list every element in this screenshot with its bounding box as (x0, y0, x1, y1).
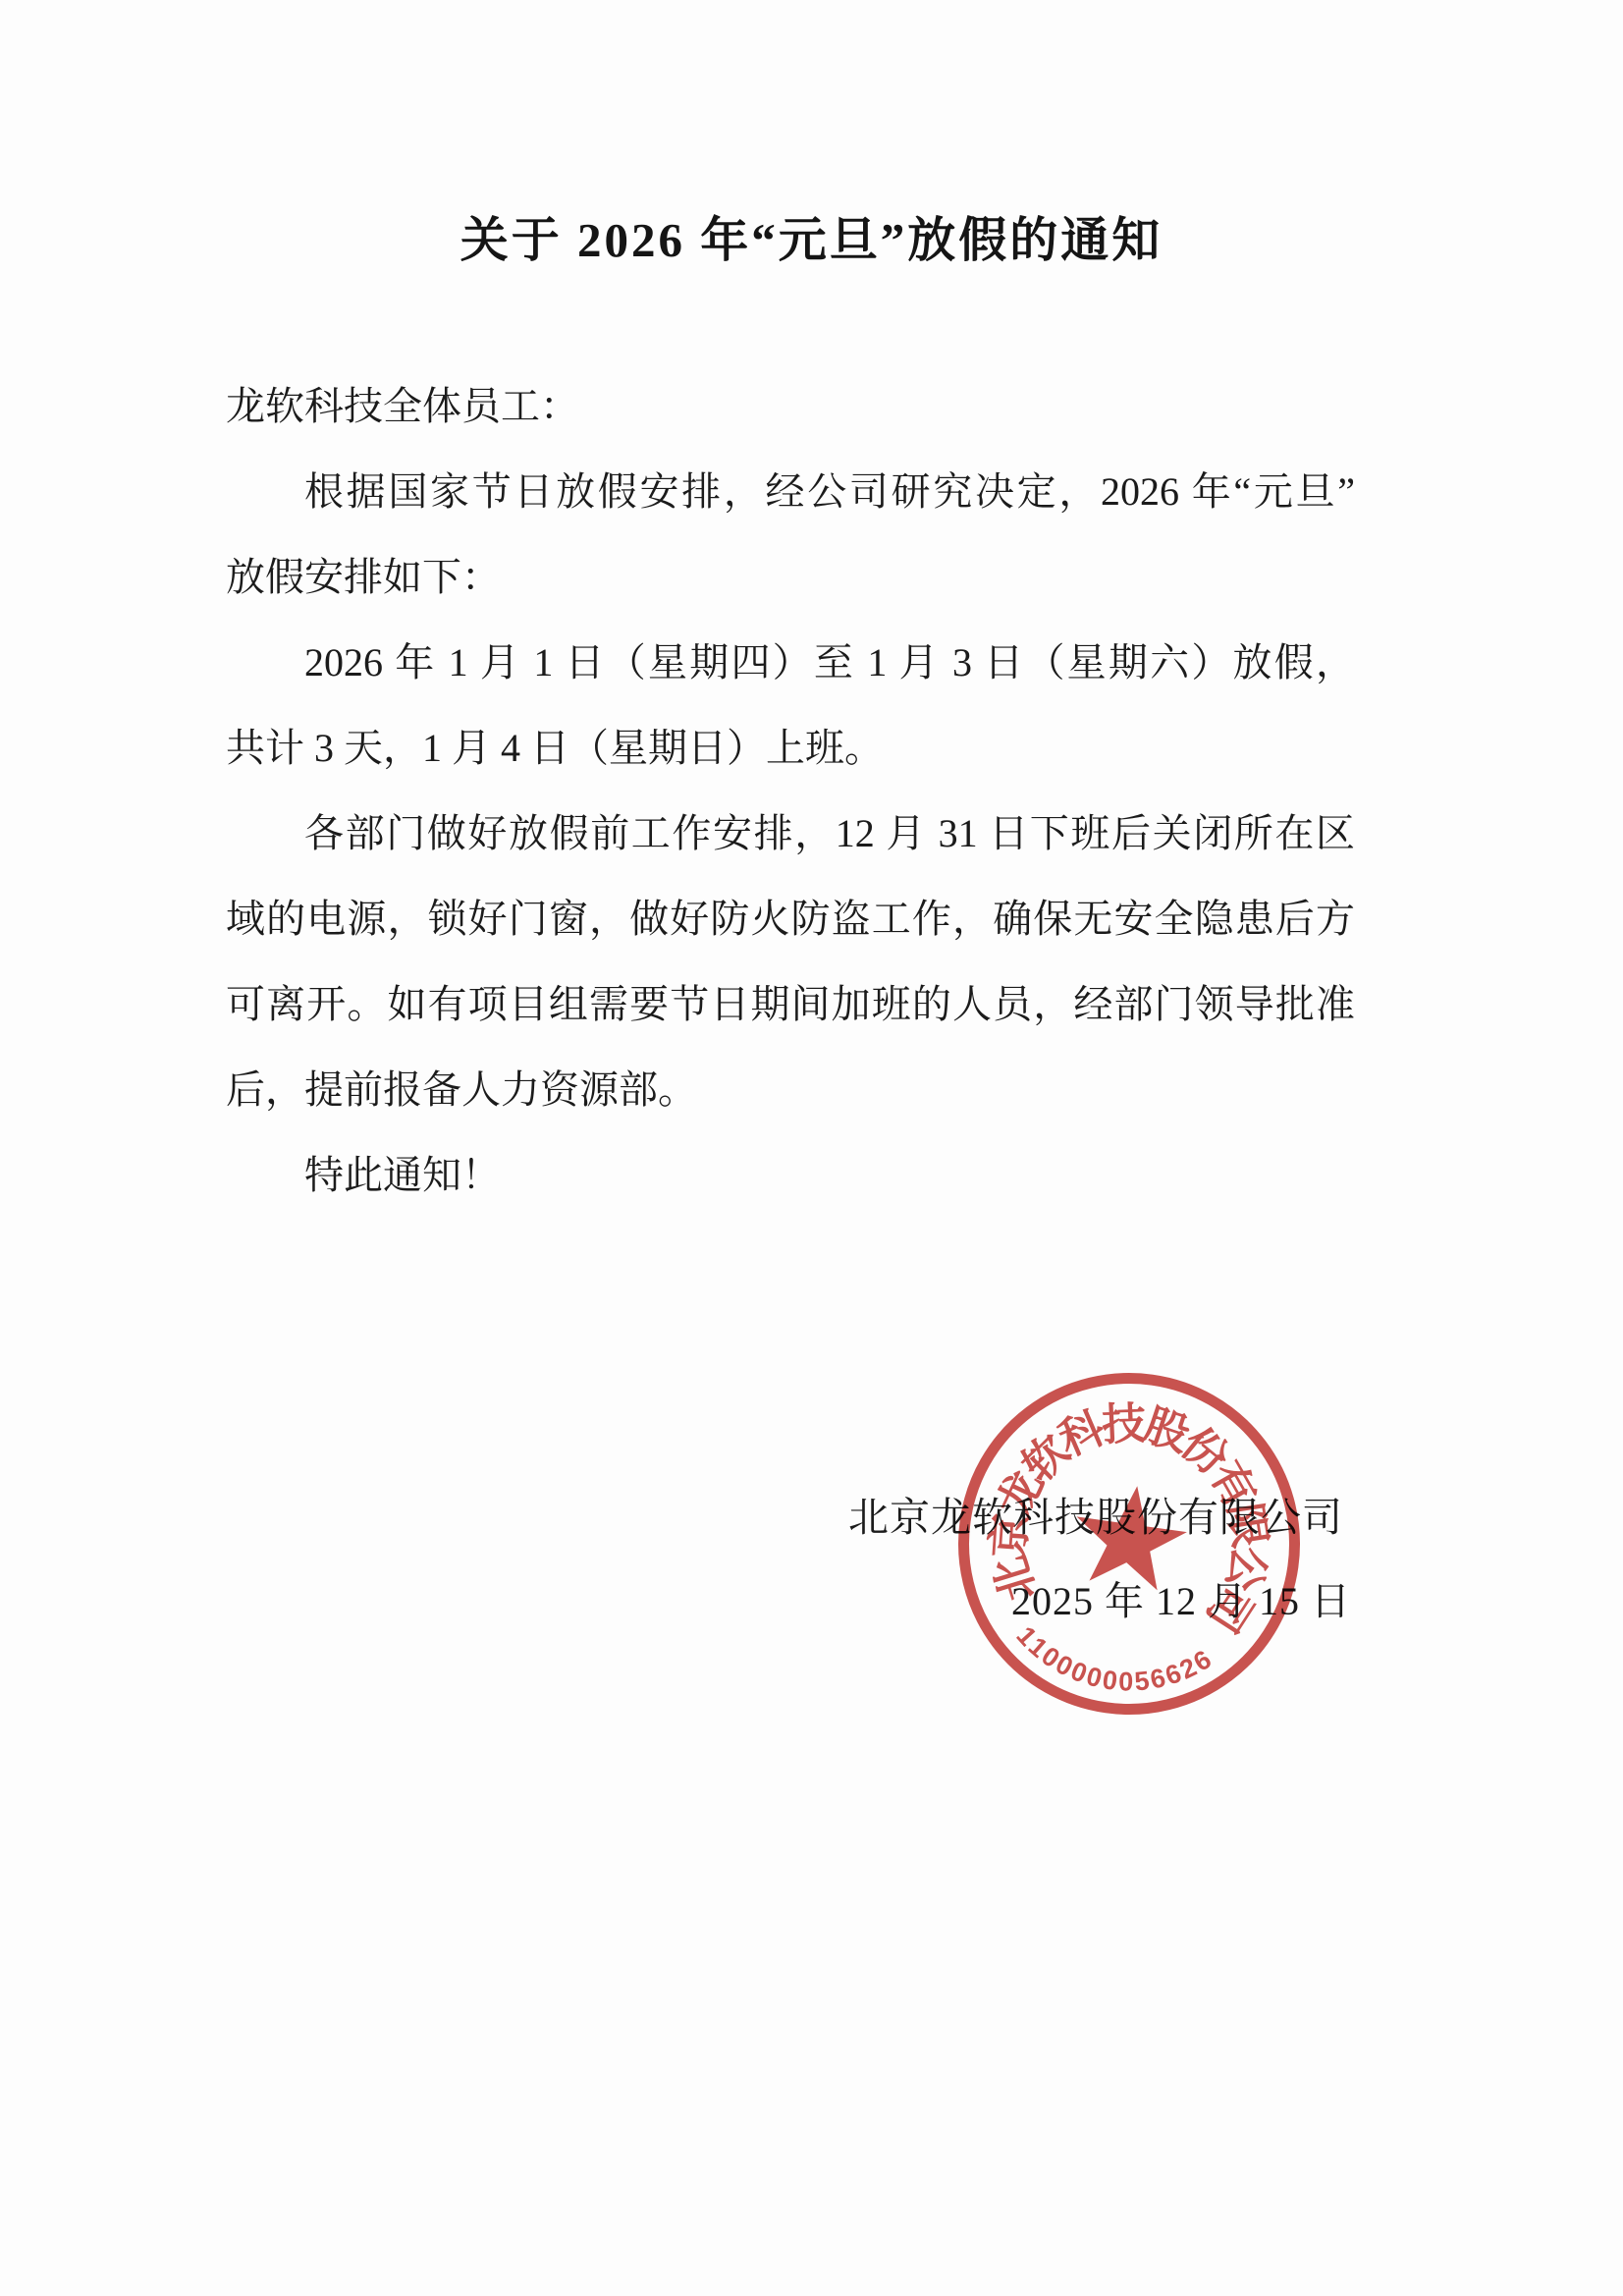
notice-title: 关于 2026 年“元旦”放假的通知 (0, 202, 1623, 271)
official-seal: 北京龙软科技股份有限公司 1100000056626 (936, 1350, 1322, 1736)
seal-serial-number: 1100000056626 (993, 1363, 1310, 1407)
body-line: 后，提前报备人力资源部。 (226, 1047, 1355, 1132)
notice-body: 龙软科技全体员工： 根据国家节日放假安排，经公司研究决定，2026 年“元旦” … (226, 363, 1355, 1247)
body-line: 根据国家节日放假安排，经公司研究决定，2026 年“元旦” (226, 449, 1355, 534)
body-line: 共计 3 天，1 月 4 日（星期日）上班。 (226, 705, 1355, 791)
body-line: 域的电源，锁好门窗，做好防火防盗工作，确保无安全隐患后方 (226, 876, 1355, 961)
seal-star-icon (1064, 1478, 1194, 1603)
body-line: 可离开。如有项目组需要节日期间加班的人员，经部门领导批准 (226, 961, 1355, 1047)
seal-ring-text: 北京龙软科技股份有限公司 (993, 1363, 1310, 1407)
closing-line: 特此通知！ (226, 1132, 1355, 1218)
body-line: 2026 年 1 月 1 日（星期四）至 1 月 3 日（星期六）放假， (226, 620, 1355, 705)
body-line: 放假安排如下： (226, 534, 1355, 620)
body-line: 各部门做好放假前工作安排，12 月 31 日下班后关闭所在区 (226, 791, 1355, 876)
salutation-line: 龙软科技全体员工： (226, 363, 1355, 449)
notice-page: 关于 2026 年“元旦”放假的通知 龙软科技全体员工： 根据国家节日放假安排，… (0, 0, 1623, 2296)
